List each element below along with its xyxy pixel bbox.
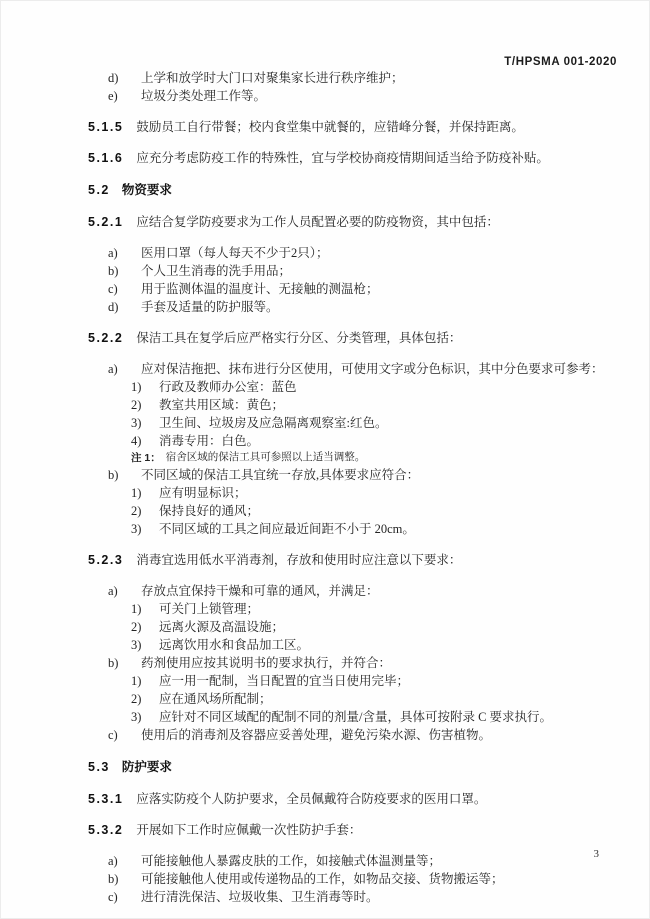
letter-list-item: b)药剂使用应按其说明书的要求执行，并符合： [108,654,619,672]
item-text: 教室共用区域：黄色； [159,396,619,414]
item-marker: 1) [131,672,159,690]
item-marker: d) [108,69,141,87]
item-marker: 2) [131,690,159,708]
item-text: 物资要求 [122,181,619,199]
item-text: 不同区域的工具之间应最近间距不小于 20cm。 [159,520,619,538]
item-marker: 注 1： [131,450,161,466]
item-text: 用于监测体温的温度计、无接触的测温枪； [141,280,619,298]
section-paragraph: 5.1.6应充分考虑防疫工作的特殊性，宜与学校协商疫情期间适当给予防疫补贴。 [88,149,619,167]
item-text: 存放点宜保持干燥和可靠的通风，并满足： [141,582,619,600]
item-marker: 5.1.6 [88,149,123,167]
item-marker: a) [108,582,141,600]
item-text: 可能接触他人使用或传递物品的工作，如物品交接、货物搬运等； [141,870,619,888]
item-marker: 5.2 [88,181,110,199]
item-marker: 5.2.3 [88,551,123,569]
item-text: 使用后的消毒剂及容器应妥善处理，避免污染水源、伤害植物。 [141,726,619,744]
numbered-list-item: 1)行政及教师办公室：蓝色 [131,378,619,396]
item-marker: 1) [131,484,159,502]
item-marker: c) [108,280,141,298]
numbered-list-item: 1)应有明显标识； [131,484,619,502]
item-marker: 5.2.2 [88,329,123,347]
section-paragraph: 5.2.1应结合复学防疫要求为工作人员配置必要的防疫物资，其中包括： [88,213,619,231]
document-content: d)上学和放学时大门口对聚集家长进行秩序维护；e)垃圾分类处理工作等。5.1.5… [88,69,619,906]
item-text: 垃圾分类处理工作等。 [141,87,619,105]
section-heading: 5.3防护要求 [88,758,619,776]
item-text: 消毒专用：白色。 [159,432,619,450]
item-marker: a) [108,852,141,870]
section-paragraph: 5.2.3消毒宜选用低水平消毒剂，存放和使用时应注意以下要求： [88,551,619,569]
letter-list-item: b)可能接触他人使用或传递物品的工作，如物品交接、货物搬运等； [108,870,619,888]
numbered-list-item: 2)教室共用区域：黄色； [131,396,619,414]
item-text: 手套及适量的防护服等。 [141,298,619,316]
item-text: 进行清洗保洁、垃圾收集、卫生消毒等时。 [141,888,619,906]
item-text: 医用口罩（每人每天不少于2只）； [141,244,619,262]
item-marker: 3) [131,708,159,726]
item-marker: 3) [131,636,159,654]
section-paragraph: 5.3.2开展如下工作时应佩戴一次性防护手套： [88,821,619,839]
letter-list-item: a)可能接触他人暴露皮肤的工作，如接触式体温测量等； [108,852,619,870]
item-marker: e) [108,87,141,105]
item-text: 应针对不同区域配的配制不同的剂量/含量，具体可按附录 C 要求执行。 [159,708,619,726]
item-marker: b) [108,654,141,672]
item-marker: b) [108,262,141,280]
item-text: 药剂使用应按其说明书的要求执行，并符合： [141,654,619,672]
item-text: 保洁工具在复学后应严格实行分区、分类管理，具体包括： [136,329,619,347]
numbered-list-item: 1)可关门上锁管理； [131,600,619,618]
item-marker: d) [108,298,141,316]
numbered-list-item: 3)不同区域的工具之间应最近间距不小于 20cm。 [131,520,619,538]
item-text: 保持良好的通风； [159,502,619,520]
item-text: 应充分考虑防疫工作的特殊性，宜与学校协商疫情期间适当给予防疫补贴。 [136,149,619,167]
item-text: 卫生间、垃圾房及应急隔离观察室:红色。 [159,414,619,432]
item-marker: a) [108,360,141,378]
letter-list-item: d)上学和放学时大门口对聚集家长进行秩序维护； [108,69,619,87]
item-text: 应一用一配制，当日配置的宜当日使用完毕； [159,672,619,690]
section-paragraph: 5.3.1应落实防疫个人防护要求，全员佩戴符合防疫要求的医用口罩。 [88,790,619,808]
item-marker: 1) [131,378,159,396]
item-marker: 2) [131,618,159,636]
item-marker: 5.3 [88,758,110,776]
item-marker: 3) [131,520,159,538]
item-text: 可关门上锁管理； [159,600,619,618]
section-heading: 5.2物资要求 [88,181,619,199]
item-marker: b) [108,466,141,484]
item-text: 可能接触他人暴露皮肤的工作，如接触式体温测量等； [141,852,619,870]
item-marker: 2) [131,502,159,520]
item-text: 远离火源及高温设施； [159,618,619,636]
numbered-list-item: 2)应在通风场所配制； [131,690,619,708]
item-text: 个人卫生消毒的洗手用品； [141,262,619,280]
item-marker: 5.2.1 [88,213,123,231]
document-code-header: T/HPSMA 001-2020 [504,56,617,68]
letter-list-item: b)个人卫生消毒的洗手用品； [108,262,619,280]
letter-list-item: c)用于监测体温的温度计、无接触的测温枪； [108,280,619,298]
section-paragraph: 5.1.5鼓励员工自行带餐；校内食堂集中就餐的，应错峰分餐，并保持距离。 [88,118,619,136]
numbered-list-item: 2)保持良好的通风； [131,502,619,520]
note-line: 注 1：宿舍区域的保洁工具可参照以上适当调整。 [131,450,619,466]
item-text: 应在通风场所配制； [159,690,619,708]
item-text: 远离饮用水和食品加工区。 [159,636,619,654]
item-text: 应落实防疫个人防护要求，全员佩戴符合防疫要求的医用口罩。 [136,790,619,808]
item-marker: 1) [131,600,159,618]
item-text: 行政及教师办公室：蓝色 [159,378,619,396]
item-text: 开展如下工作时应佩戴一次性防护手套： [136,821,619,839]
numbered-list-item: 4)消毒专用：白色。 [131,432,619,450]
item-marker: 3) [131,414,159,432]
item-marker: 5.3.2 [88,821,123,839]
letter-list-item: c)进行清洗保洁、垃圾收集、卫生消毒等时。 [108,888,619,906]
letter-list-item: a)应对保洁拖把、抹布进行分区使用，可使用文字或分色标识，其中分色要求可参考： [108,360,619,378]
letter-list-item: c)使用后的消毒剂及容器应妥善处理，避免污染水源、伤害植物。 [108,726,619,744]
item-marker: a) [108,244,141,262]
item-text: 上学和放学时大门口对聚集家长进行秩序维护； [141,69,619,87]
document-page: T/HPSMA 001-2020 d)上学和放学时大门口对聚集家长进行秩序维护；… [0,0,650,919]
item-text: 不同区域的保洁工具宜统一存放,具体要求应符合： [141,466,619,484]
item-marker: c) [108,726,141,744]
item-marker: c) [108,888,141,906]
letter-list-item: b)不同区域的保洁工具宜统一存放,具体要求应符合： [108,466,619,484]
letter-list-item: d)手套及适量的防护服等。 [108,298,619,316]
item-marker: 5.3.1 [88,790,123,808]
item-text: 应有明显标识； [159,484,619,502]
item-marker: 5.1.5 [88,118,123,136]
letter-list-item: a)医用口罩（每人每天不少于2只）； [108,244,619,262]
item-text: 应结合复学防疫要求为工作人员配置必要的防疫物资，其中包括： [136,213,619,231]
item-marker: 4) [131,432,159,450]
numbered-list-item: 1)应一用一配制，当日配置的宜当日使用完毕； [131,672,619,690]
item-text: 鼓励员工自行带餐；校内食堂集中就餐的，应错峰分餐，并保持距离。 [136,118,619,136]
page-number: 3 [594,848,600,860]
numbered-list-item: 3)应针对不同区域配的配制不同的剂量/含量，具体可按附录 C 要求执行。 [131,708,619,726]
numbered-list-item: 2)远离火源及高温设施； [131,618,619,636]
section-paragraph: 5.2.2保洁工具在复学后应严格实行分区、分类管理，具体包括： [88,329,619,347]
letter-list-item: e)垃圾分类处理工作等。 [108,87,619,105]
item-text: 防护要求 [122,758,619,776]
letter-list-item: a)存放点宜保持干燥和可靠的通风，并满足： [108,582,619,600]
item-marker: b) [108,870,141,888]
numbered-list-item: 3)远离饮用水和食品加工区。 [131,636,619,654]
item-marker: 2) [131,396,159,414]
item-text: 宿舍区域的保洁工具可参照以上适当调整。 [166,450,619,466]
numbered-list-item: 3)卫生间、垃圾房及应急隔离观察室:红色。 [131,414,619,432]
item-text: 消毒宜选用低水平消毒剂，存放和使用时应注意以下要求： [136,551,619,569]
item-text: 应对保洁拖把、抹布进行分区使用，可使用文字或分色标识，其中分色要求可参考： [141,360,619,378]
